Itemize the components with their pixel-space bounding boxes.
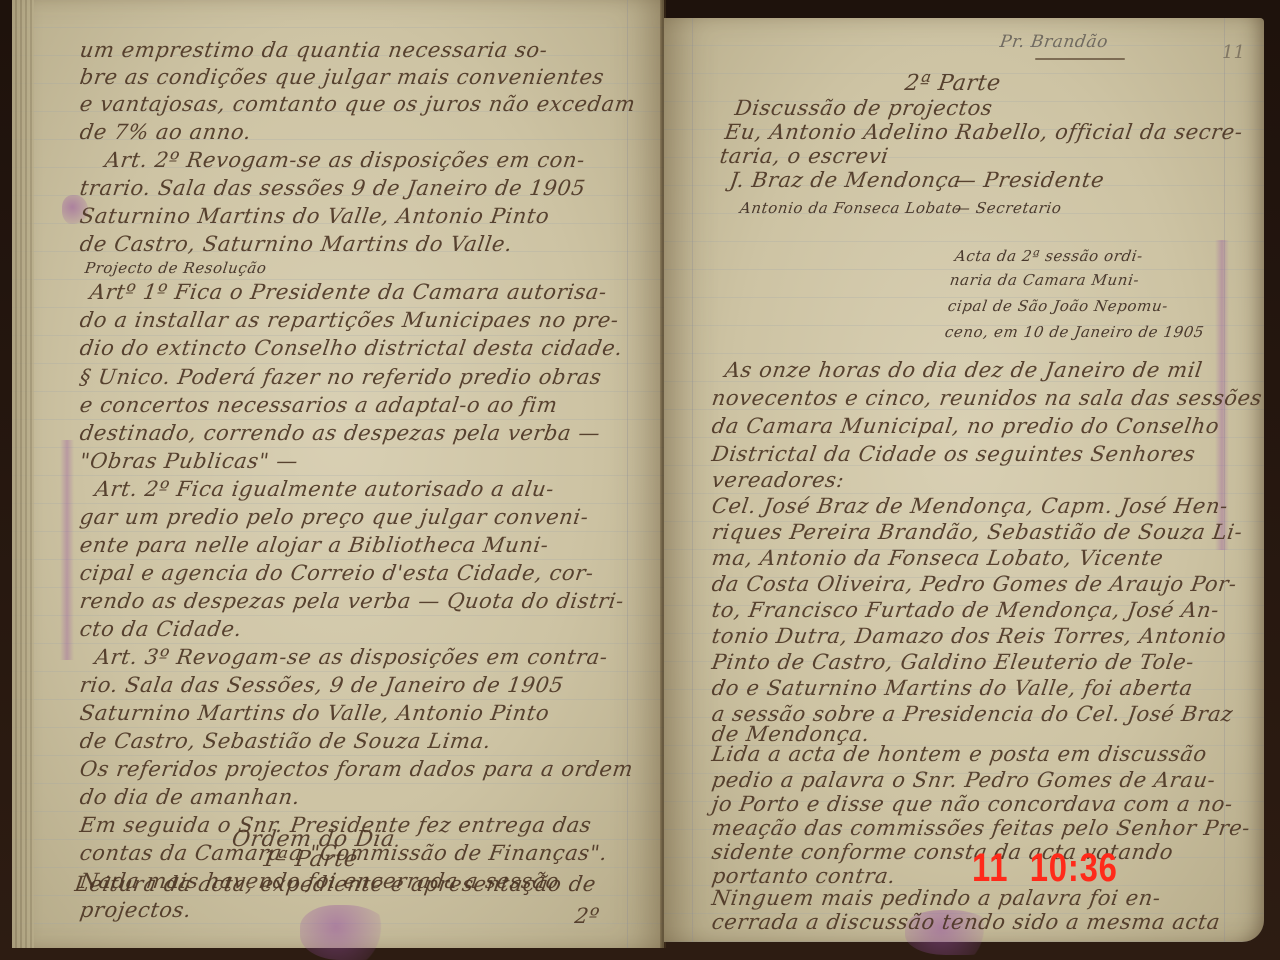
right-page-margin-line	[692, 18, 693, 942]
text-line: projectos.	[78, 896, 193, 924]
text-line: riques Pereira Brandão, Sebastião de Sou…	[710, 518, 1244, 546]
minutes-title-line: cipal de São João Nepomu-	[946, 292, 1170, 320]
page-number: 11	[1222, 42, 1245, 63]
text-line: gar um predio pelo preço que julgar conv…	[78, 503, 590, 531]
camera-timestamp: 11 10:36	[972, 846, 1118, 891]
text-line: do e Saturnino Martins do Valle, foi abe…	[710, 674, 1195, 702]
text-line: tonio Dutra, Damazo dos Reis Torres, Ant…	[710, 622, 1228, 650]
page-catchword: 2º	[573, 902, 601, 930]
text-line: Art. 2º Revogam-se as disposições em con…	[103, 146, 587, 174]
text-line: e vantajosas, comtanto que os juros não …	[78, 90, 637, 118]
text-line: de Castro, Sebastião de Souza Lima.	[78, 727, 493, 755]
text-line: um emprestimo da quantia necessaria so-	[78, 36, 550, 64]
text-line: de 7% ao anno.	[78, 118, 253, 146]
text-line: ma, Antonio da Fonseca Lobato, Vicente	[710, 544, 1165, 572]
text-line: Artº 1º Fica o Presidente da Camara auto…	[88, 278, 609, 306]
text-line: Art. 3º Revogam-se as disposições em con…	[93, 643, 610, 671]
text-line: cto da Cidade.	[78, 615, 244, 643]
text-line: Lida a acta de hontem e posta em discuss…	[710, 740, 1209, 768]
text-line: destinado, correndo as despezas pela ver…	[78, 419, 602, 447]
signature-president: J. Braz de Mendonça	[728, 166, 963, 194]
text-line: do dia de amanhan.	[78, 783, 302, 811]
ink-stain-left-margin	[60, 440, 74, 660]
text-line: cipal e agencia do Correio d'esta Cidade…	[78, 559, 596, 587]
text-line: trario. Sala das sessões 9 de Janeiro de…	[78, 174, 587, 202]
text-line: e concertos necessarios a adaptal-o ao f…	[78, 391, 559, 419]
text-line: rendo as despezas pela verba — Quota do …	[78, 587, 626, 615]
text-line: Leitura da acta, expediente e apresentaç…	[73, 870, 598, 898]
text-line: da Costa Oliveira, Pedro Gomes de Araujo…	[710, 570, 1239, 598]
header-note: Pr. Brandão	[998, 28, 1110, 56]
text-line: ente para nelle alojar a Bibliotheca Mun…	[78, 531, 551, 559]
minutes-title-line: ceno, em 10 de Janeiro de 1905	[943, 318, 1206, 346]
text-line: to, Francisco Furtado de Mendonça, José …	[710, 596, 1221, 624]
header-underline	[1035, 58, 1125, 60]
text-line: novecentos e cinco, reunidos na sala das…	[710, 384, 1264, 412]
left-page-margin-line	[627, 0, 628, 948]
text-line: Districtal da Cidade os seguintes Senhor…	[710, 440, 1197, 468]
text-line: As onze horas do dia dez de Janeiro de m…	[723, 356, 1204, 384]
text-line: vereadores:	[710, 466, 846, 494]
text-line: § Unico. Poderá fazer no referido predio…	[78, 363, 603, 391]
text-line: Saturnino Martins do Valle, Antonio Pint…	[78, 202, 551, 230]
minutes-title-line: naria da Camara Muni-	[948, 266, 1141, 294]
text-line: do a installar as repartições Municipaes…	[78, 306, 621, 334]
text-line: da Camara Municipal, no predio do Consel…	[710, 412, 1221, 440]
signature-secretary: Antonio da Fonseca Lobato	[738, 194, 964, 222]
text-line: dio do extincto Conselho districtal dest…	[78, 334, 625, 362]
text-line: bre as condições que julgar mais conveni…	[78, 63, 606, 91]
text-line: "Obras Publicas" —	[78, 447, 300, 475]
signature-secretary-role: — Secretario	[953, 194, 1063, 222]
text-line: Art. 2º Fica igualmente autorisado a alu…	[93, 475, 556, 503]
text-line: rio. Sala das Sessões, 9 de Janeiro de 1…	[78, 671, 565, 699]
text-line: Pinto de Castro, Galdino Eleuterio de To…	[710, 648, 1196, 676]
text-line: cerrada a discussão tendo sido a mesma a…	[710, 908, 1222, 936]
text-line: Saturnino Martins do Valle, Antonio Pint…	[78, 699, 551, 727]
text-line: Os referidos projectos foram dados para …	[78, 755, 635, 783]
ink-blot-left-bottom	[300, 905, 390, 960]
text-line: Cel. José Braz de Mendonça, Capm. José H…	[710, 492, 1230, 520]
signature-president-role: — Presidente	[953, 166, 1106, 194]
